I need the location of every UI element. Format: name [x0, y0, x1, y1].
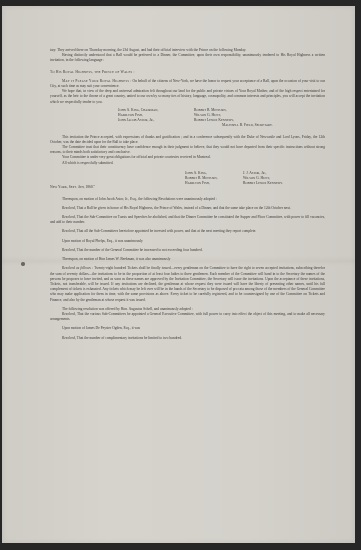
resolution-intro: Thereupon, on motion of John Jacob Astor…: [50, 197, 325, 202]
address-heading: To His Royal Highness, the Prince of Wal…: [50, 70, 325, 75]
resolved-lead: Resolved,: [62, 248, 76, 252]
pin-hole: [21, 262, 25, 266]
resolved-lead: Resolved,: [62, 206, 76, 210]
resolution: Resolved, That the Sub-Committee on Toas…: [50, 215, 325, 225]
paragraph: This invitation the Prince accepted, wit…: [50, 135, 325, 145]
signatory: John Jacob Astor, Jr.,: [118, 118, 194, 123]
resolution: Resolved as follows : Twenty-eight hundr…: [50, 266, 325, 302]
resolution: Resolved, That the number of complimenta…: [50, 336, 325, 341]
resolved-lead: Resolved,: [62, 215, 76, 219]
resolution-text: That all the Sub-Committees heretofore a…: [77, 229, 257, 233]
resolution-text: That the Sub-Committee on Toasts and Spe…: [50, 215, 325, 224]
paragraph: The Committee trust that their constitue…: [50, 145, 325, 155]
salutation: May it Please Your Royal Highness :: [62, 79, 132, 83]
resolved-lead: Resolved as follows :: [62, 266, 93, 270]
motion-text: Upon motion of Royal Phelps, Esq., it wa…: [50, 239, 325, 244]
invitation-paragraph-2: We hope that, in view of the deep and un…: [50, 89, 325, 105]
secretary-signature: Maunsell B. Field, Secretary.: [222, 123, 325, 128]
signatory: Hamilton Fish,: [185, 181, 243, 186]
paragraph: Having distinctly understood that a Ball…: [50, 53, 325, 63]
resolution-text: That the number of complimentary invitat…: [77, 336, 182, 340]
motion-text: Upon motion of James De Peyster Ogden, E…: [50, 326, 325, 331]
resolution-text: That the number of the General Committee…: [77, 248, 203, 252]
resolution: Resolved, That a Ball be given in honor …: [50, 206, 325, 211]
paragraph: All which is respectfully submitted.: [50, 161, 325, 166]
resolved-lead: Resolved,: [62, 312, 76, 316]
resolved-lead: Resolved,: [62, 336, 76, 340]
scan-frame: tary. They arrived there on Thursday mor…: [0, 0, 361, 550]
signatories-block-2: John A. King, J. J. Astor, Jr., Robert B…: [185, 171, 325, 187]
document-page: tary. They arrived there on Thursday mor…: [2, 6, 355, 543]
resolution: Resolved, That all the Sub-Committees he…: [50, 229, 325, 234]
page-text: tary. They arrived there on Thursday mor…: [50, 48, 325, 341]
signatories-block: John A. King, Chairman, Robert B. Mintur…: [118, 108, 325, 124]
signatory: Robert Lenox Kennedy.: [243, 181, 313, 186]
motion-text: Thereupon, on motion of Hon James W. Bee…: [50, 257, 325, 262]
resolution-text: That the various Sub-Committees be appoi…: [50, 312, 325, 321]
invitation-paragraph: May it Please Your Royal Highness : On b…: [50, 79, 325, 89]
resolved-lead: Resolved,: [62, 229, 76, 233]
resolution-text: Twenty-eight hundred Tickets shall be fi…: [50, 266, 325, 301]
resolution: Resolved, That the number of the General…: [50, 248, 325, 253]
resolution: Resolved, That the various Sub-Committee…: [50, 312, 325, 322]
resolution-text: That a Ball be given in honor of His Roy…: [77, 206, 291, 210]
